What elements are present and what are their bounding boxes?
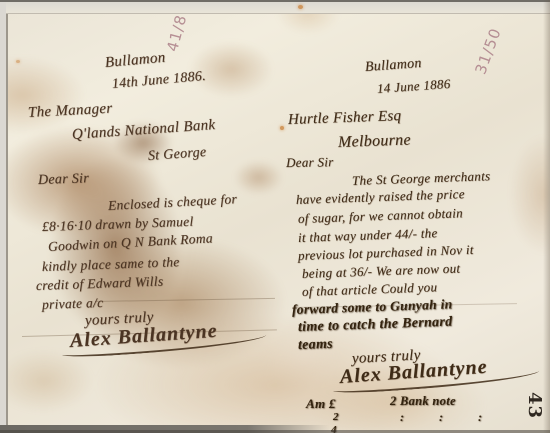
paper-left-edge — [0, 0, 8, 433]
page-number-stamp: 43 — [524, 392, 545, 419]
fragment-figure: 2 — [333, 411, 339, 423]
letter-right-salutation: Dear Sir — [286, 154, 334, 171]
fragment-text: 2 Bank note — [390, 394, 456, 409]
ink-speck — [298, 5, 303, 9]
letter-right-body-line: teams — [298, 337, 333, 354]
ink-speck — [280, 126, 284, 130]
document-scan: 41/8 31/50 Bullamon 14th June 1886. The … — [0, 0, 550, 433]
fragment-text: Am £ — [306, 396, 336, 412]
letter-left-salutation: Dear Sir — [38, 171, 90, 189]
letter-left-body-line: private a/c — [42, 295, 104, 313]
paper-fold-edge — [6, 2, 550, 14]
scan-right-edge — [543, 0, 550, 433]
fragment-ditto-dots: : : : — [400, 410, 498, 425]
ink-speck — [16, 60, 20, 63]
letter-right-addressee: Melbourne — [338, 131, 411, 152]
